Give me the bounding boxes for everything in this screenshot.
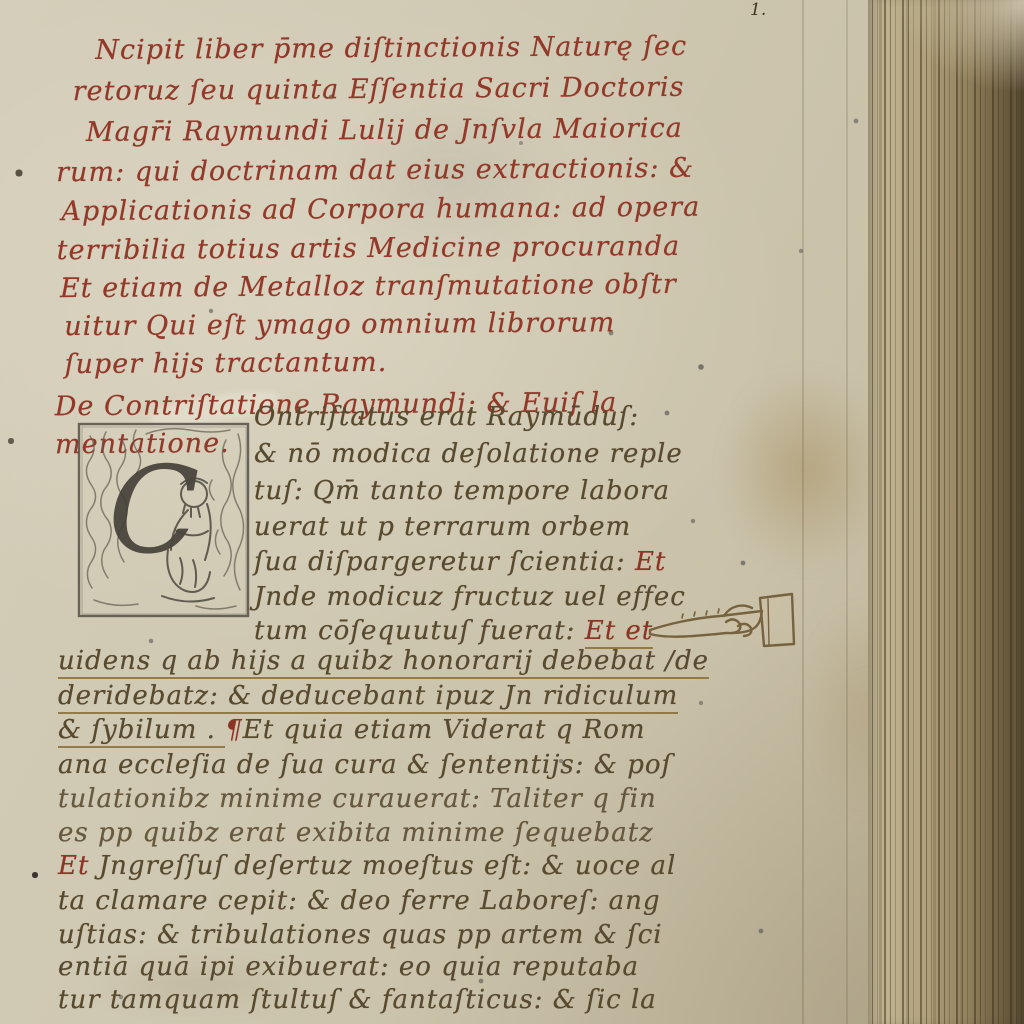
rubric-line: terribilia totius artis Medicine procura… (57, 231, 681, 266)
rubric-line: Ncipit liber p̄me diſtinctionis Naturę ſ… (95, 31, 687, 66)
text-line: tulationibz minime curauerat: Taliter q … (58, 784, 657, 814)
historiated-initial: C (76, 420, 252, 620)
line-text: Et quia etiam Viderat q Rom (243, 715, 646, 745)
ink-specks (0, 0, 2, 2)
line-text: uerat ut p terrarum orbem (254, 512, 631, 542)
page-crease-lines (794, 0, 874, 1024)
text-line: Et Jngreſſuſ deſertuz moeſtus eſt: & uoc… (58, 851, 676, 881)
text-line: entiā quā ipi exibuerat: eo quia reputab… (58, 952, 639, 982)
line-text: & ſybilum . (58, 715, 225, 748)
manicule-icon (642, 586, 800, 658)
text-line: es pp quibz erat exibita minime ſequebat… (58, 818, 654, 848)
line-text: & nō modica deſolatione reple (254, 439, 683, 469)
text-line: uerat ut p terrarum orbem (254, 512, 631, 542)
line-text: Jngreſſuſ deſertuz moeſtus eſt: & uoce a… (89, 851, 676, 881)
text-line: ta clamare cepit: & deo ferre Laboreſ: a… (58, 886, 661, 916)
rubric-line: Magr̄i Raymundi Lulij de Jnſvla Maiorica (86, 113, 683, 148)
text-line: tur tamquam ſtultuſ & fantaſticus: & ſic… (58, 985, 657, 1015)
line-text: tum cōſequutuſ fuerat: (254, 616, 585, 646)
line-text: Jnde modicuz fructuz uel effec (254, 582, 686, 612)
text-line-underlined: deridebatz: & deducebant ipuz Jn ridicul… (58, 681, 678, 714)
text-line: uſtias: & tribulationes quas pp artem & … (58, 920, 663, 950)
rubric-line: Applicationis ad Corpora humana: ad oper… (61, 192, 700, 227)
line-text: tuſ: Qm̄ tanto tempore labora (254, 476, 670, 506)
line-text: es pp quibz erat exibita minime ſequebat… (58, 818, 654, 848)
text-line: tum cōſequutuſ fuerat: Et et (254, 616, 653, 646)
text-line: tuſ: Qm̄ tanto tempore labora (254, 476, 670, 506)
line-text: entiā quā ipi exibuerat: eo quia reputab… (58, 952, 639, 982)
rubric-line: rum: qui doctrinam dat eius extractionis… (56, 153, 694, 188)
folio-mark: 1. (750, 0, 766, 20)
book-fore-edge (868, 0, 1024, 1024)
text-line: & nō modica deſolatione reple (254, 439, 683, 469)
rubric-line: uitur Qui eſt ymago omnium librorum (64, 307, 615, 342)
text-line: Ontriſtatus erat Raymūduſ: (254, 402, 639, 432)
text-line: ſua diſpargeretur ſcientia: Et (254, 547, 666, 577)
rubric-line: ſuper hijs tractantum. (64, 347, 387, 380)
line-text: tur tamquam ſtultuſ & fantaſticus: & ſic… (58, 985, 657, 1015)
line-text: ſua diſpargeretur ſcientia: (254, 547, 635, 577)
text-line: ana eccleſia de ſua cura & ſententijs: &… (58, 750, 672, 780)
line-text: Ontriſtatus erat Raymūduſ: (254, 402, 639, 432)
text-line: Jnde modicuz fructuz uel effec (254, 582, 686, 612)
text-line: & ſybilum . ¶Et quia etiam Viderat q Rom (58, 715, 646, 745)
line-text: ta clamare cepit: & deo ferre Laboreſ: a… (58, 886, 661, 916)
text-line-underlined: uidens q ab hijs a quibz honorarij debeb… (58, 646, 709, 679)
line-text: uidens q ab hijs a quibz honorarij debeb… (58, 646, 709, 676)
rubricated-capital: Et (635, 547, 666, 577)
pilcrow-mark: ¶ (225, 715, 243, 745)
manuscript-photo: 1. Ncipit liber p̄me diſtinctionis Natur… (0, 0, 1024, 1024)
line-text: deridebatz: & deducebant ipuz Jn ridicul… (58, 681, 678, 711)
line-text: tulationibz minime curauerat: Taliter q … (58, 784, 657, 814)
rubricated-capital: Et (58, 851, 89, 881)
rubric-line: retoruz ſeu quinta Eſſentia Sacri Doctor… (73, 72, 685, 107)
rubric-line: Et etiam de Metalloz tranſmutatione obſt… (60, 269, 677, 304)
initial-frame-art: C (76, 420, 252, 620)
line-text: ana eccleſia de ſua cura & ſententijs: &… (58, 750, 672, 780)
line-text: uſtias: & tribulationes quas pp artem & … (58, 920, 663, 950)
